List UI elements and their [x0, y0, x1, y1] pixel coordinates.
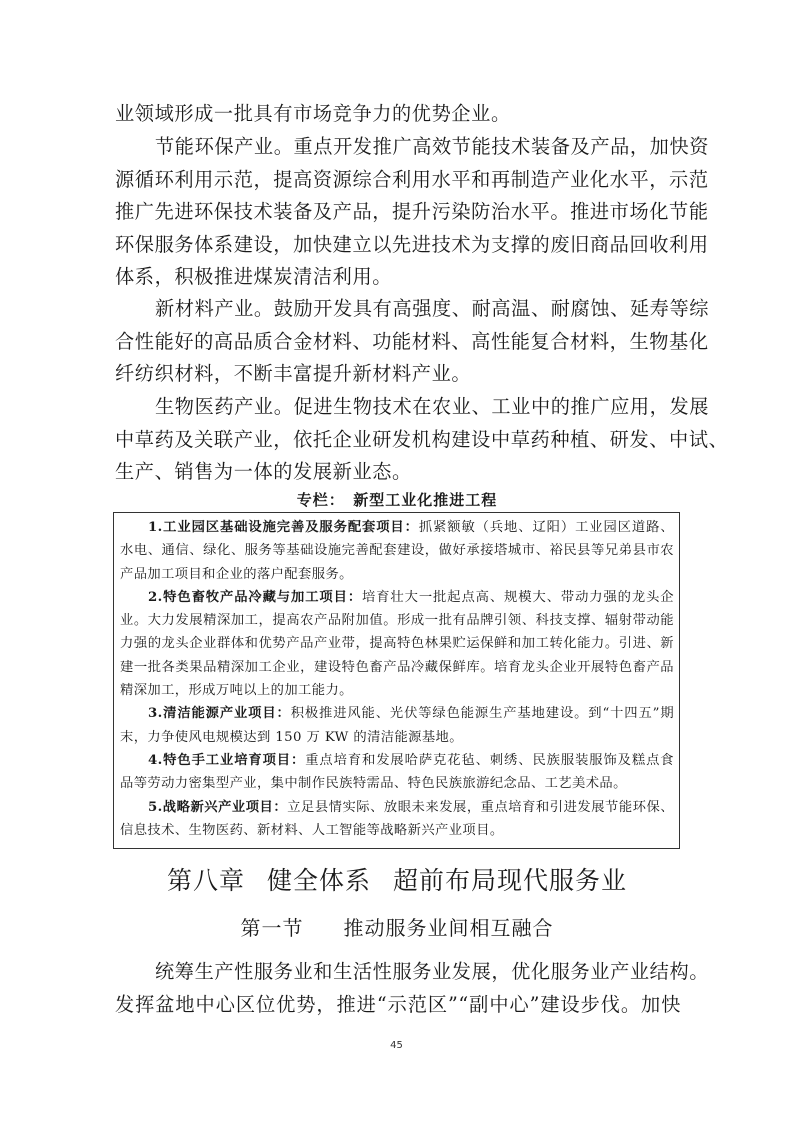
column-box-title: 专栏： 新型工业化推进工程 — [113, 489, 681, 510]
item-text: 末，力争使风电规模达到 150 万 KW 的清洁能源基地。 — [120, 726, 674, 749]
document-page: 业领域形成一批具有市场竞争力的优势企业。 节能环保产业。重点开发推广高效节能技术… — [0, 0, 793, 1122]
text-line: 发挥盆地中心区位优势，推进“示范区”“副中心”建设步伐。加快 — [115, 989, 681, 1022]
paragraph-new-materials: 新材料产业。鼓励开发具有高强度、耐高温、耐腐蚀、延寿等综 合性能好的高品质合金材… — [115, 293, 681, 391]
section-heading: 第一节推动服务业间相互融合 — [113, 912, 681, 941]
paragraph-energy-saving: 节能环保产业。重点开发推广高效节能技术装备及产品，加快资 源循环利用示范，提高资… — [115, 131, 681, 294]
closing-paragraph: 统筹生产性服务业和生活性服务业发展，优化服务业产业结构。 发挥盆地中心区位优势，… — [115, 956, 681, 1021]
text-line: 节能环保产业。重点开发推广高效节能技术装备及产品，加快资 — [115, 131, 681, 164]
text-line: 合性能好的高品质合金材料、功能材料、高性能复合材料，生物基化 — [115, 326, 681, 359]
chapter-title-part2: 超前布局现代服务业 — [393, 866, 627, 895]
item-text: 精深加工，形成万吨以上的加工能力。 — [120, 679, 674, 702]
column-item-5: 5.战略新兴产业项目：立足县情实际、放眼未来发展，重点培育和引进发展节能环保、 … — [120, 796, 674, 843]
item-text: 积极推进风能、光伏等绿色能源生产基地建设。到“十四五”期 — [291, 706, 674, 721]
column-item-3: 3.清洁能源产业项目：积极推进风能、光伏等绿色能源生产基地建设。到“十四五”期 … — [120, 702, 674, 749]
item-title: 2.特色畜牧产品冷藏与加工项目： — [148, 590, 362, 605]
chapter-number: 第八章 — [167, 866, 245, 895]
item-text: 产品加工项目和企业的落户配套服务。 — [120, 563, 674, 586]
item-text: 抓紧额敏（兵地、辽阳）工业园区道路、 — [419, 520, 674, 535]
item-text: 水电、通信、绿化、服务等基础设施完善配套建设，做好承接塔城市、裕民县等兄弟县市农 — [120, 539, 674, 562]
column-item-4: 4.特色手工业培育项目：重点培育和发展哈萨克花毡、刺绣、民族服装服饰及糕点食 品… — [120, 749, 674, 796]
item-text: 立足县情实际、放眼未来发展，重点培育和引进发展节能环保、 — [287, 800, 674, 815]
text-line: 中草药及关联产业，依托企业研发机构建设中草药种植、研发、中试、 — [115, 424, 681, 457]
item-text: 业。大力发展精深加工，提高农产品附加值。形成一批有品牌引领、科技支撑、辐射带动能 — [120, 609, 674, 632]
text-line: 业领域形成一批具有市场竞争力的优势企业。 — [115, 98, 681, 131]
text-line: 环保服务体系建设，加快建立以先进技术为支撑的废旧商品回收利用 — [115, 229, 681, 262]
chapter-title-part1: 健全体系 — [267, 866, 371, 895]
item-title: 1.工业园区基础设施完善及服务配套项目： — [148, 520, 419, 535]
section-number: 第一节 — [241, 916, 304, 940]
paragraph-biomedicine: 生物医药产业。促进生物技术在农业、工业中的推广应用，发展 中草药及关联产业，依托… — [115, 391, 681, 489]
text-line: 纤纺织材料，不断丰富提升新材料产业。 — [115, 358, 681, 391]
page-number: 45 — [0, 1040, 793, 1051]
text-line: 生物医药产业。促进生物技术在农业、工业中的推广应用，发展 — [115, 391, 681, 424]
text-line: 源循环利用示范，提高资源综合利用水平和再制造产业化水平，示范 — [115, 164, 681, 197]
column-item-1: 1.工业园区基础设施完善及服务配套项目：抓紧额敏（兵地、辽阳）工业园区道路、 水… — [120, 516, 674, 586]
item-title: 5.战略新兴产业项目： — [148, 800, 287, 815]
chapter-heading: 第八章健全体系超前布局现代服务业 — [113, 861, 681, 897]
item-text: 品等劳动力密集型产业，集中制作民族特需品、特色民族旅游纪念品、工艺美术品。 — [120, 772, 674, 795]
item-text: 力强的龙头企业群体和优势产品产业带，提高特色林果贮运保鲜和加工转化能力。引进、新 — [120, 632, 674, 655]
item-title: 4.特色手工业培育项目： — [148, 753, 305, 768]
item-text: 信息技术、生物医药、新材料、人工智能等战略新兴产业项目。 — [120, 819, 674, 842]
text-line: 体系，积极推进煤炭清洁利用。 — [115, 261, 681, 294]
item-text: 建一批各类果品精深加工企业，建设特色畜产品冷藏保鲜库。培育龙头企业开展特色畜产品 — [120, 656, 674, 679]
section-title: 推动服务业间相互融合 — [344, 916, 554, 940]
text-line: 生产、销售为一体的发展新业态。 — [115, 456, 681, 489]
text-line: 推广先进环保技术装备及产品，提升污染防治水平。推进市场化节能 — [115, 196, 681, 229]
column-box: 1.工业园区基础设施完善及服务配套项目：抓紧额敏（兵地、辽阳）工业园区道路、 水… — [113, 512, 680, 849]
column-item-2: 2.特色畜牧产品冷藏与加工项目：培育壮大一批起点高、规模大、带动力强的龙头企 业… — [120, 586, 674, 702]
item-title: 3.清洁能源产业项目： — [148, 706, 291, 721]
item-text: 重点培育和发展哈萨克花毡、刺绣、民族服装服饰及糕点食 — [305, 753, 674, 768]
intro-paragraph: 业领域形成一批具有市场竞争力的优势企业。 — [115, 98, 681, 131]
text-line: 新材料产业。鼓励开发具有高强度、耐高温、耐腐蚀、延寿等综 — [115, 293, 681, 326]
text-line: 统筹生产性服务业和生活性服务业发展，优化服务业产业结构。 — [115, 956, 681, 989]
item-text: 培育壮大一批起点高、规模大、带动力强的龙头企 — [362, 590, 674, 605]
